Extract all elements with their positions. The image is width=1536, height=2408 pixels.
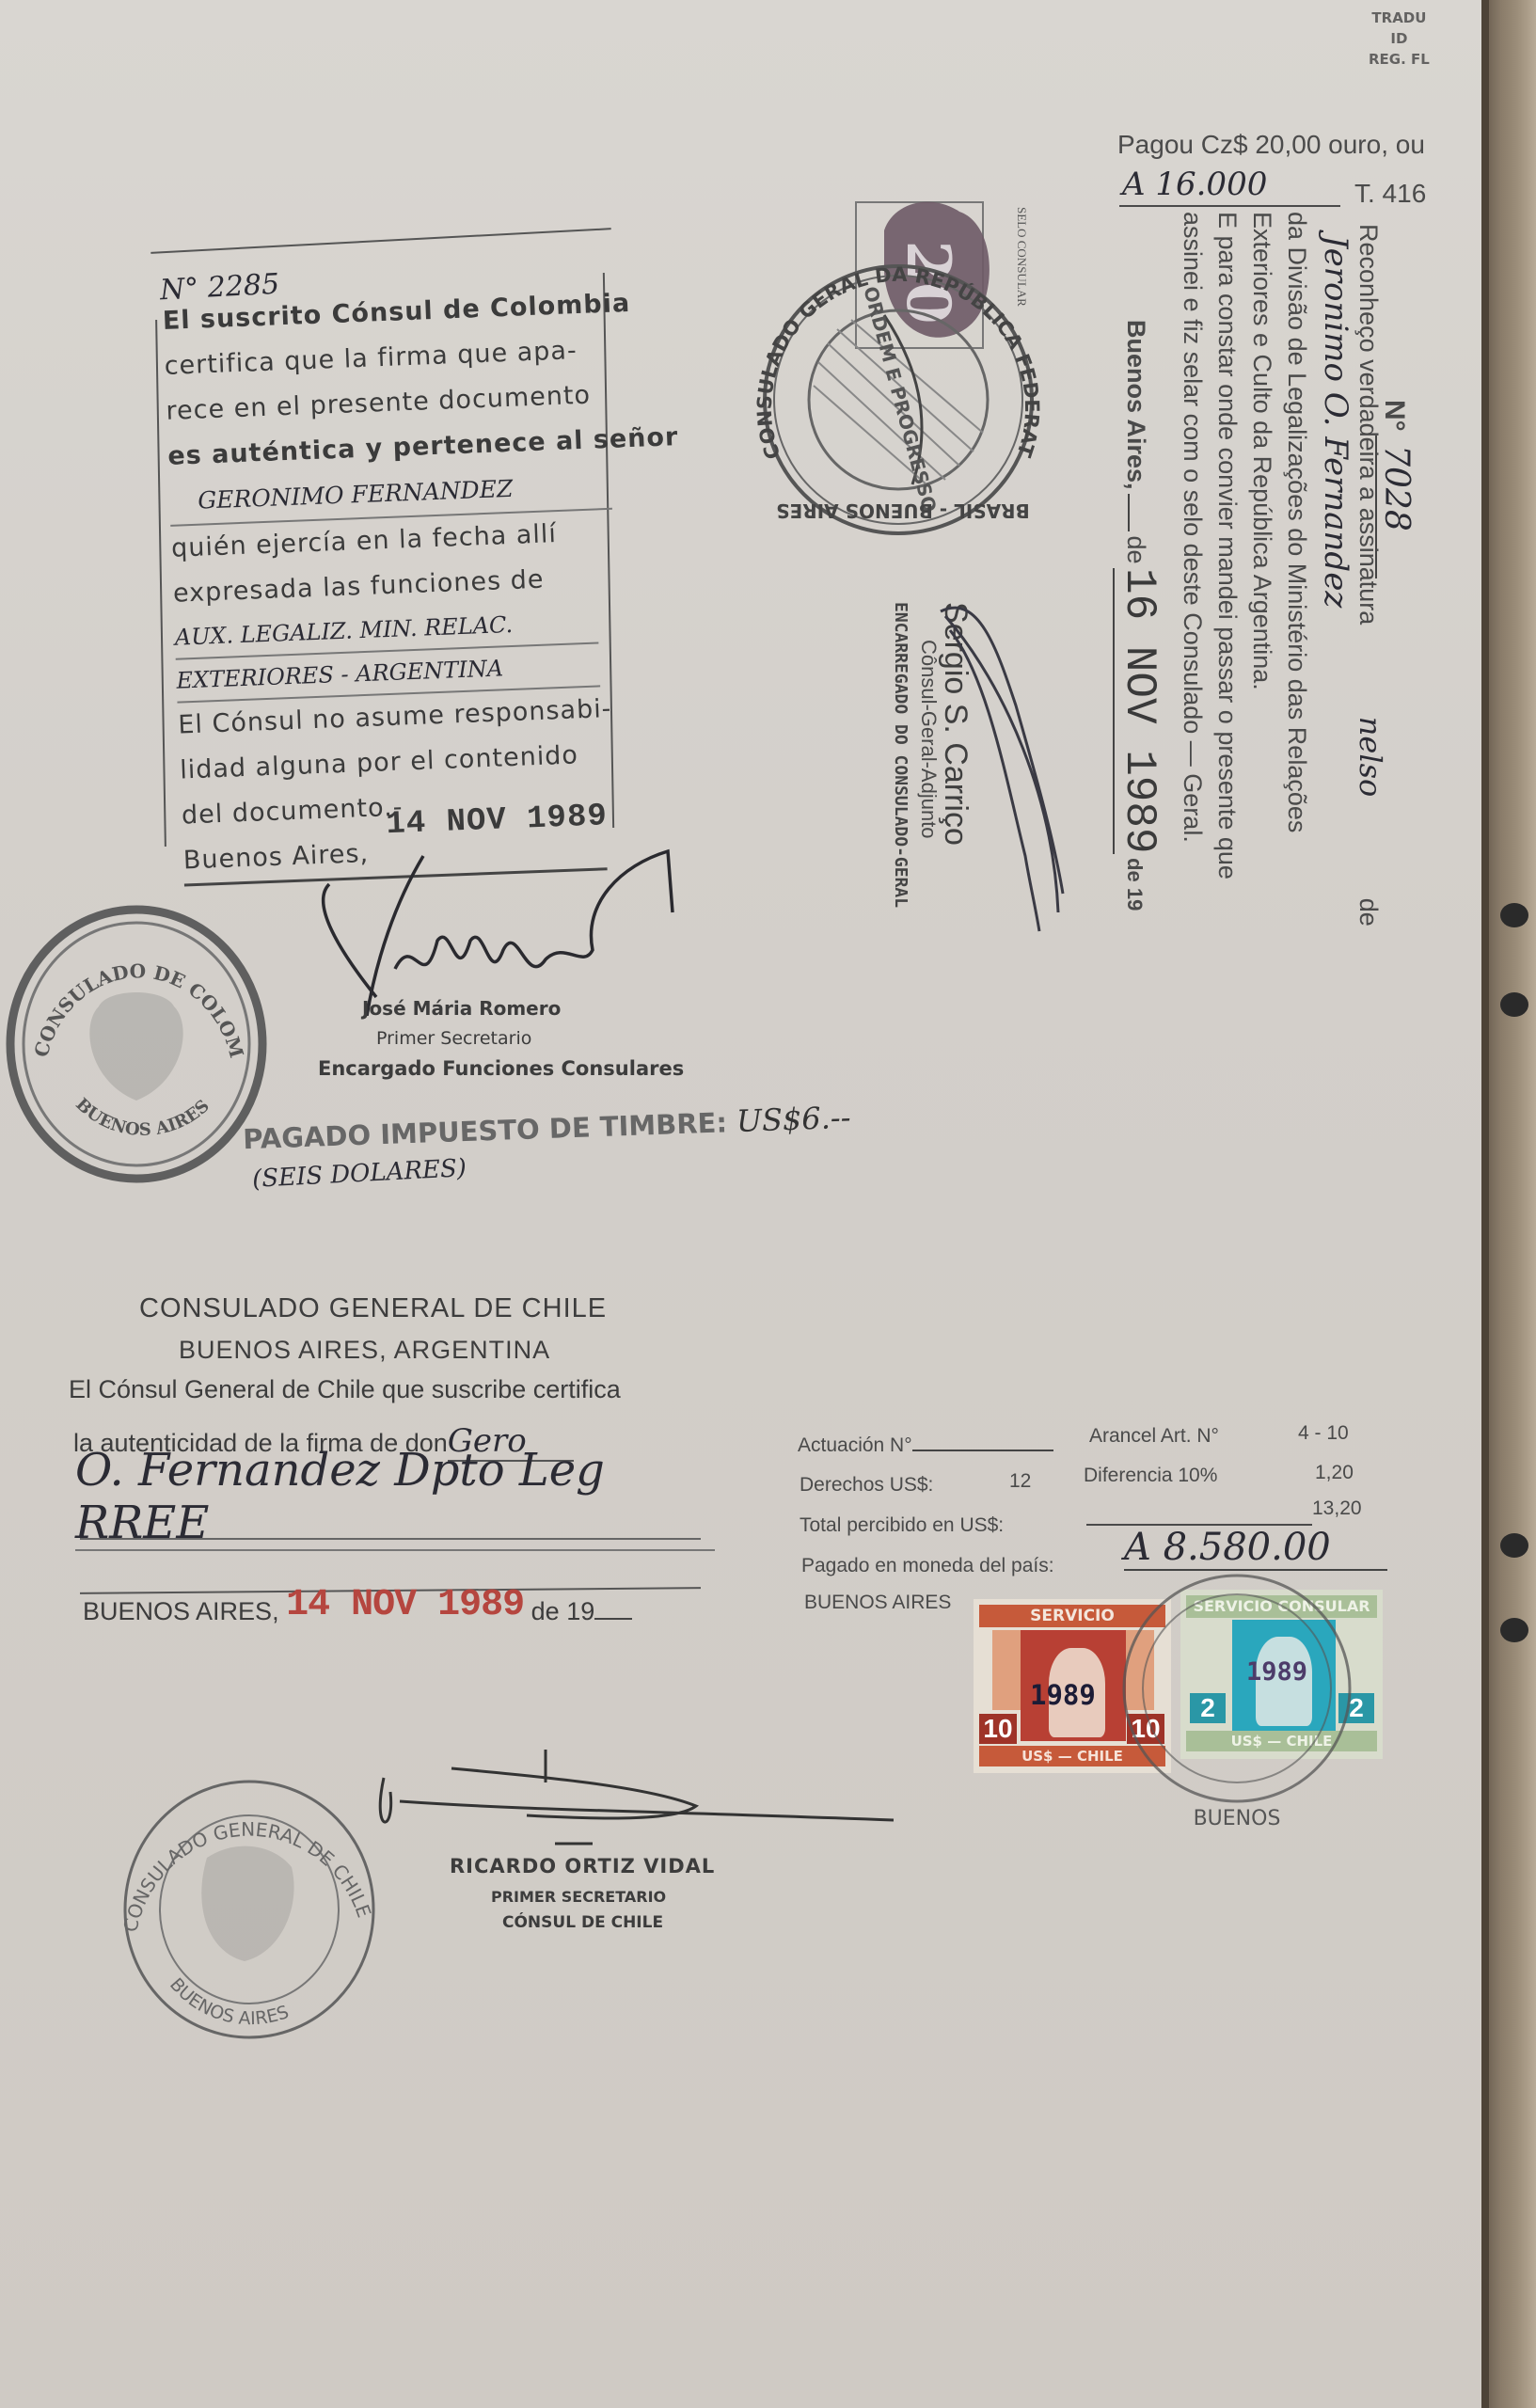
svg-text:BRASIL - BUENOS AIRES: BRASIL - BUENOS AIRES <box>776 499 1030 522</box>
stamp-value: 10 <box>979 1714 1017 1744</box>
binder-edge <box>1486 0 1536 2408</box>
chile-date-stamp: 14 NOV 1989 <box>286 1584 524 1626</box>
svg-text:BUENOS AIRES: BUENOS AIRES <box>71 1094 214 1140</box>
tax-amount: US$6.-- <box>736 1100 851 1139</box>
chile-cert-line-1: El Cónsul General de Chile que suscribe … <box>69 1375 621 1404</box>
brazil-signature <box>922 593 1072 950</box>
blank-line <box>594 1618 632 1620</box>
text-line: Reconheço verdadeira a assinatura <box>1354 224 1383 625</box>
corner-mark-line: REG. FL <box>1369 49 1430 70</box>
corner-translation-mark: TRADU ID REG. FL <box>1369 8 1430 70</box>
stamp-leaf <box>992 1630 1021 1710</box>
colombia-signer-name: José Mária Romero <box>362 997 561 1020</box>
year-suffix: de 19 <box>1123 858 1147 911</box>
colombia-signer-title: Primer Secretario <box>376 1028 531 1049</box>
actuacion-label: Actuación N° <box>798 1434 912 1456</box>
fee-underline <box>1119 205 1340 207</box>
total-label: Total percibido en US$: <box>800 1514 1004 1537</box>
chile-date-row: BUENOS AIRES, 14 NOV 1989 de 19 <box>83 1590 632 1632</box>
chile-title-1: CONSULADO GENERAL DE CHILE <box>139 1293 607 1324</box>
city-label: BUENOS AIRES, <box>83 1597 279 1625</box>
blank-line <box>912 1450 1053 1451</box>
brazil-consulate-seal: 20 SELO CONSULAR ORDEM E PROGRESSO CONSU… <box>743 183 1082 560</box>
stamp-year: 1989 <box>1030 1679 1096 1711</box>
arancel-label: Arancel Art. N° <box>1089 1425 1219 1448</box>
fees-city-label: BUENOS AIRES <box>804 1592 951 1614</box>
brazil-line-4: E para constar onde convier mandei passa… <box>1208 212 1247 879</box>
brazil-date-row: Buenos Aires, de 16 NOV 1989 de 19 <box>1115 320 1164 911</box>
brazil-table-ref: T. 416 <box>1354 179 1426 209</box>
postmark: BUENOS <box>1110 1566 1364 1839</box>
svg-text:SELO CONSULAR: SELO CONSULAR <box>1015 207 1029 307</box>
handwritten-name: nelso <box>1353 632 1388 797</box>
derechos-label: Derechos US$: <box>800 1474 933 1497</box>
brazil-fee-handwritten: A 16.000 <box>1122 166 1267 203</box>
binder-hole <box>1500 992 1528 1017</box>
binder-hole <box>1500 903 1528 927</box>
chile-signature <box>367 1750 912 1853</box>
stamp-currency: US$ <box>1021 1748 1053 1765</box>
brazil-fee-line: Pagou Cz$ 20,00 ouro, ou <box>1117 130 1425 160</box>
blank-line <box>1128 494 1130 531</box>
corner-mark-line: ID <box>1369 28 1430 49</box>
svg-text:BUENOS: BUENOS <box>1194 1807 1281 1830</box>
colombia-signature <box>301 828 696 1016</box>
de-label: de <box>1122 535 1150 563</box>
city-label: Buenos Aires, <box>1122 320 1150 490</box>
diferencia-label: Diferencia 10% <box>1084 1465 1217 1487</box>
chile-signer-name: RICARDO ORTIZ VIDAL <box>450 1855 715 1877</box>
de-label: de <box>1354 804 1383 927</box>
actuacion-row: Actuación N° <box>798 1434 1053 1457</box>
pagado-value: A 8.580.00 <box>1124 1526 1387 1571</box>
derechos-value: 12 <box>1009 1470 1031 1493</box>
brazil-line-1: Reconheço verdadeira a assinatura nelso … <box>1349 224 1390 1033</box>
chile-handwritten-2: O. Fernandez Dpto Leg RREE <box>75 1444 715 1551</box>
brazil-line-2: da Divisão de Legalizações do Ministério… <box>1277 212 1317 832</box>
chile-title-2: BUENOS AIRES, ARGENTINA <box>179 1336 550 1365</box>
binder-hole <box>1500 1533 1528 1558</box>
brazil-line-3: Exteriores e Culto da República Argentin… <box>1243 212 1282 690</box>
diferencia-value: 1,20 <box>1315 1462 1354 1484</box>
brazil-handwritten-name-2: Jeronimo O. Fernandez <box>1317 235 1354 608</box>
colombia-consulate-seal: CONSULADO DE COLOMBIA BUENOS AIRES <box>5 903 268 1185</box>
year-suffix: de 19 <box>531 1597 595 1625</box>
corner-mark-line: TRADU <box>1369 8 1430 28</box>
chile-signer-role: CÓNSUL DE CHILE <box>502 1913 663 1932</box>
chile-signer-title: PRIMER SECRETARIO <box>491 1888 666 1906</box>
brazil-date-stamp: 16 NOV 1989 <box>1113 568 1164 854</box>
total-value: 13,20 <box>1312 1497 1362 1520</box>
brazil-line-5: assinei e fiz selar com o selo deste Con… <box>1173 212 1212 843</box>
pagado-label: Pagado en moneda del país: <box>801 1555 1054 1577</box>
binder-shadow <box>1481 0 1489 2408</box>
colombia-certificate-box: N° 2285 El suscrito Cónsul de Colombia c… <box>160 273 621 837</box>
chile-consulate-seal: CONSULADO GENERAL DE CHILE BUENOS AIRES <box>113 1773 386 2055</box>
colombia-signer-role: Encargado Funciones Consulares <box>318 1057 684 1080</box>
arancel-value: 4 - 10 <box>1298 1422 1349 1445</box>
binder-hole <box>1500 1618 1528 1642</box>
blank-line <box>80 1538 701 1540</box>
brazil-signer-role: ENCARREGADO DO CONSULADO-GERAL <box>891 602 911 908</box>
